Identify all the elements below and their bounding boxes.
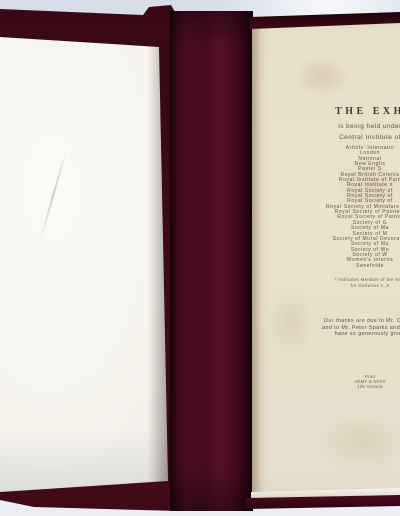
hinge-shadow <box>148 42 170 484</box>
footnote-lines: * Indicates Member of the Selefor Galler… <box>252 277 400 289</box>
spine-well <box>170 11 253 511</box>
front-cover-maroon <box>0 0 179 511</box>
intro-lines: is being held underCentral Institute of <box>252 121 400 143</box>
intro-line: Central Institute of <box>252 132 400 143</box>
society-list: Artists' InternatioLondonNationalNew Eng… <box>252 146 400 269</box>
intro-line: is being held under <box>252 121 400 132</box>
acknowledgement-paragraph: Our thanks are due to Mr. Chiangand to M… <box>252 318 400 338</box>
photograph-open-portfolio: THE EXH is being held underCentral Insti… <box>0 0 400 516</box>
footnote-line: for Galleries 1, 2 <box>252 283 400 289</box>
page-title: THE EXH <box>252 106 400 117</box>
printed-text-block: THE EXH is being held underCentral Insti… <box>252 22 400 492</box>
acknowledgement-line: have so generously given <box>252 331 400 338</box>
society-item: Senefelde <box>252 264 400 269</box>
pastedown-paper <box>0 0 170 500</box>
printer-imprint: ProdARMY & NAVY105 Victoria <box>252 374 400 389</box>
imprint-line: 105 Victoria <box>252 384 400 389</box>
